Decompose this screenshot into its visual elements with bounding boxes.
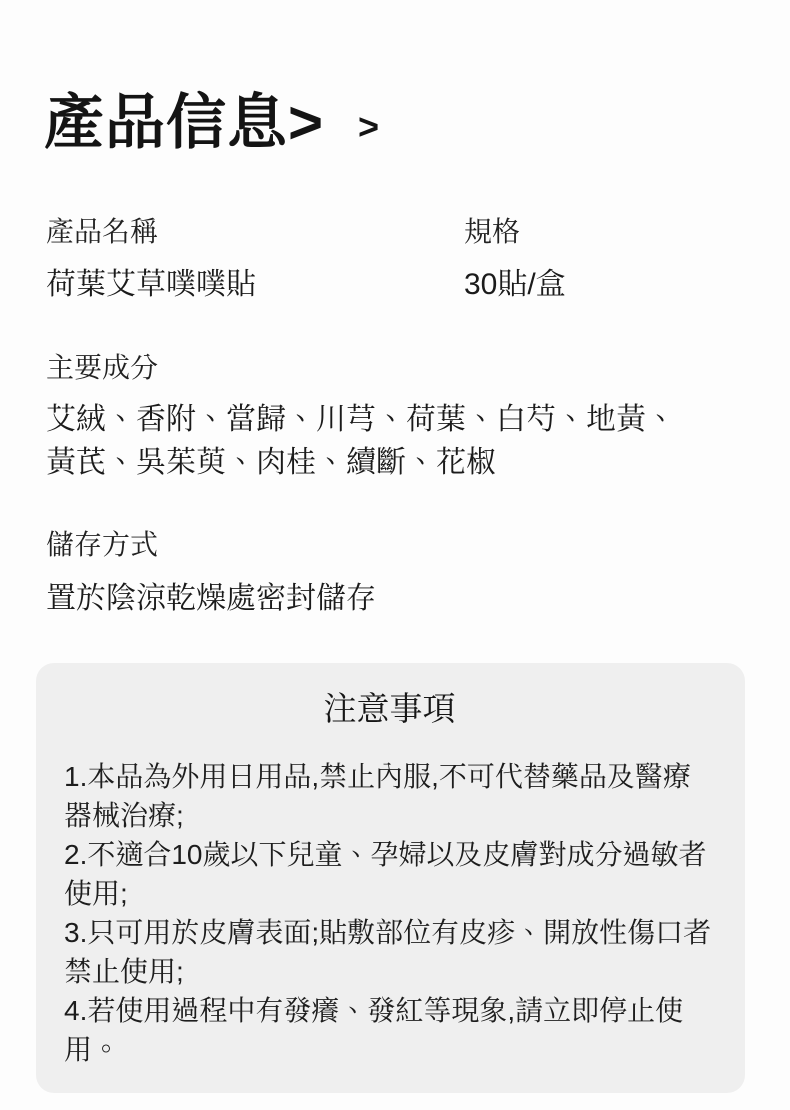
notice-box: 注意事項 1.本品為外用日用品,禁止內服,不可代替藥品及醫療器械治療; 2.不適…	[36, 663, 745, 1093]
notice-item: 2.不適合10歲以下兒童、孕婦以及皮膚對成分過敏者使用;	[64, 835, 715, 913]
notice-title: 注意事項	[64, 687, 715, 731]
product-name-value: 荷葉艾草噗噗貼	[46, 265, 464, 305]
spec-value: 30貼/盒	[464, 265, 746, 305]
storage-label: 儲存方式	[46, 527, 158, 563]
ingredients-value: 艾絨、香附、當歸、川芎、荷葉、白芍、地黃、黃芪、吳茱萸、肉桂、續斷、花椒	[46, 398, 696, 484]
product-spec-table: 產品名稱 規格 荷葉艾草噗噗貼 30貼/盒	[46, 212, 746, 305]
storage-value: 置於陰涼乾燥處密封儲存	[46, 577, 696, 620]
notice-item: 4.若使用過程中有發癢、發紅等現象,請立即停止使用。	[64, 991, 715, 1069]
notice-item: 1.本品為外用日用品,禁止內服,不可代替藥品及醫療器械治療;	[64, 757, 715, 835]
ingredients-label: 主要成分	[46, 350, 158, 386]
product-name-label: 產品名稱	[46, 212, 464, 252]
page-title-row: 產品信息> >	[44, 84, 379, 162]
notice-item: 3.只可用於皮膚表面;貼敷部位有皮疹、開放性傷口者禁止使用;	[64, 913, 715, 991]
page-title: 產品信息>	[44, 84, 324, 162]
chevron-right-icon[interactable]: >	[358, 106, 379, 148]
notice-items: 1.本品為外用日用品,禁止內服,不可代替藥品及醫療器械治療; 2.不適合10歲以…	[64, 757, 715, 1069]
spec-label: 規格	[464, 212, 746, 252]
product-info-page: 產品信息> > 產品名稱 規格 荷葉艾草噗噗貼 30貼/盒 主要成分 艾絨、香附…	[0, 0, 790, 1110]
